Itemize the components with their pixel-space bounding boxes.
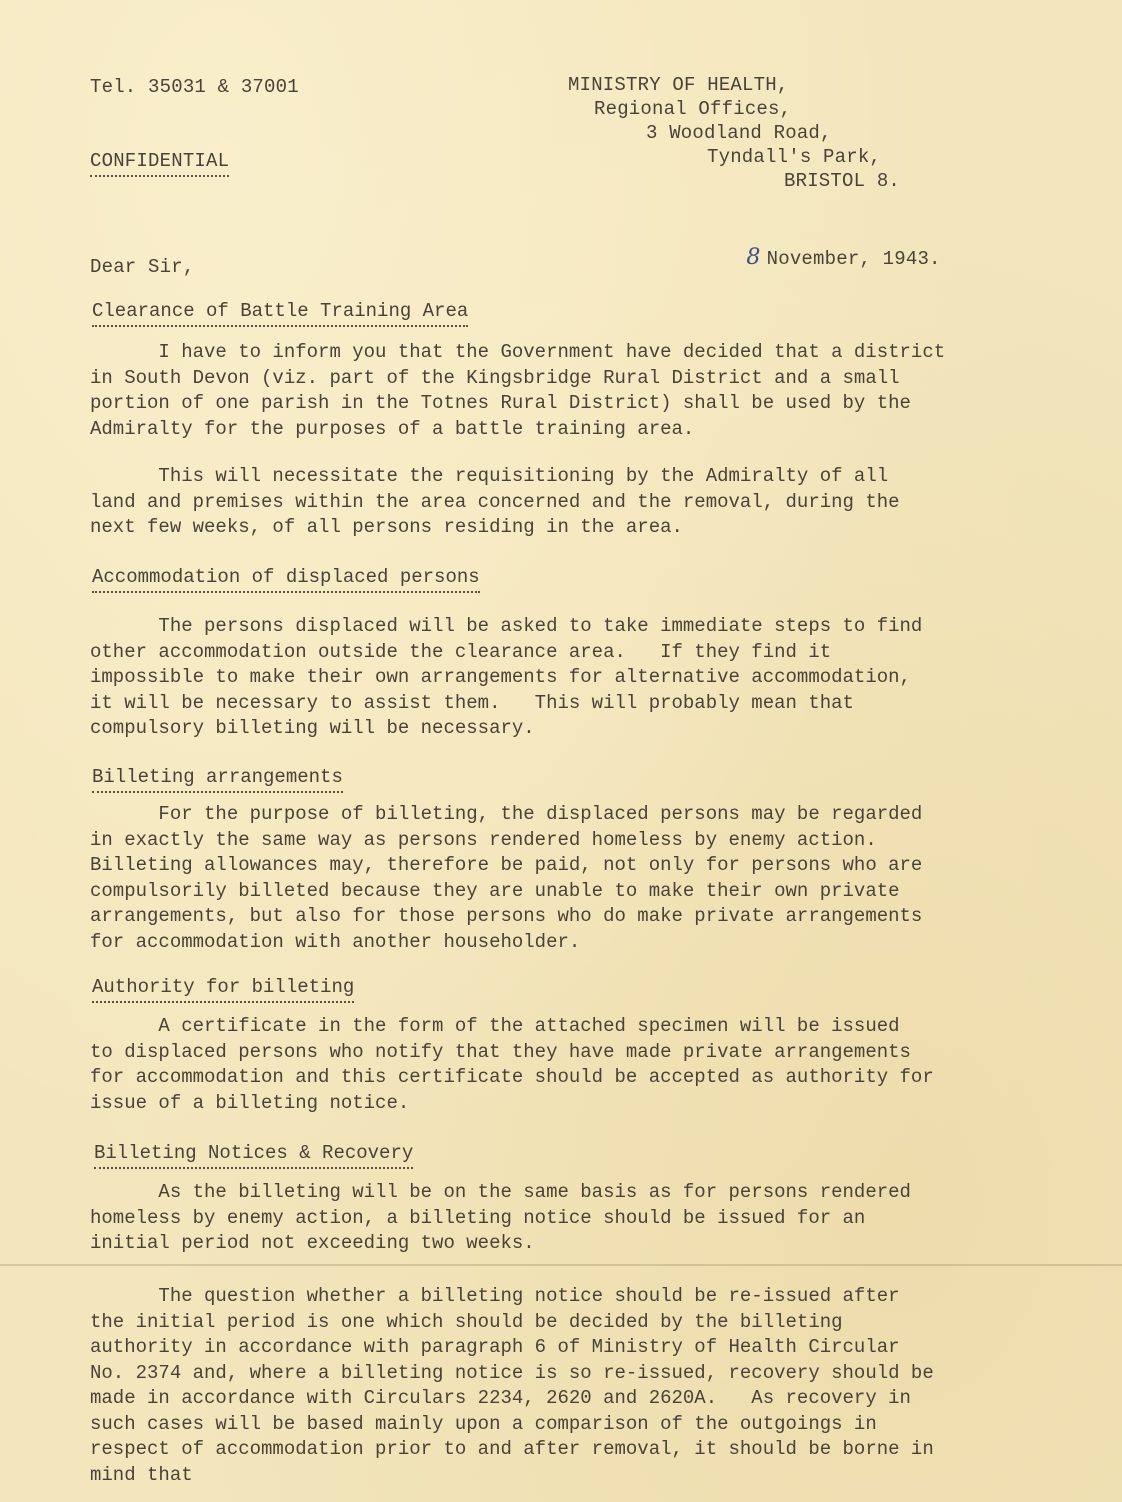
letter-page: Tel. 35031 & 37001 CONFIDENTIAL MINISTRY… <box>0 0 1122 1502</box>
paragraph-billeting-arrangements: For the purpose of billeting, the displa… <box>90 802 1050 955</box>
paragraph-accommodation: The persons displaced will be asked to t… <box>90 614 1050 742</box>
date-month-year: November, 1943. <box>767 248 941 270</box>
paragraph-notices-2: The question whether a billeting notice … <box>90 1284 1050 1488</box>
paragraph-clearance-2: This will necessitate the requisitioning… <box>90 464 1050 541</box>
address-line-city: BRISTOL 8. <box>784 170 900 192</box>
section-heading-accommodation: Accommodation of displaced persons <box>92 566 480 593</box>
address-line-ministry: MINISTRY OF HEALTH, <box>568 74 788 96</box>
salutation: Dear Sir, <box>90 256 194 278</box>
section-heading-notices-recovery: Billeting Notices & Recovery <box>94 1142 413 1169</box>
address-line-road: 3 Woodland Road, <box>646 122 832 144</box>
section-heading-billeting-arrangements: Billeting arrangements <box>92 766 343 793</box>
handwritten-day: 8 <box>746 245 760 270</box>
section-heading-clearance: Clearance of Battle Training Area <box>92 300 468 327</box>
address-line-park: Tyndall's Park, <box>707 146 881 168</box>
address-line-offices: Regional Offices, <box>594 98 791 120</box>
confidential-label: CONFIDENTIAL <box>90 150 229 177</box>
letter-date: 8November, 1943. <box>700 223 941 292</box>
paragraph-notices-1: As the billeting will be on the same bas… <box>90 1180 1050 1257</box>
telephone-numbers: Tel. 35031 & 37001 <box>90 76 299 98</box>
paragraph-authority: A certificate in the form of the attache… <box>90 1014 1050 1116</box>
section-heading-authority: Authority for billeting <box>92 976 354 1003</box>
paragraph-clearance-1: I have to inform you that the Government… <box>90 340 1050 442</box>
paper-fold-line <box>0 1264 1122 1266</box>
